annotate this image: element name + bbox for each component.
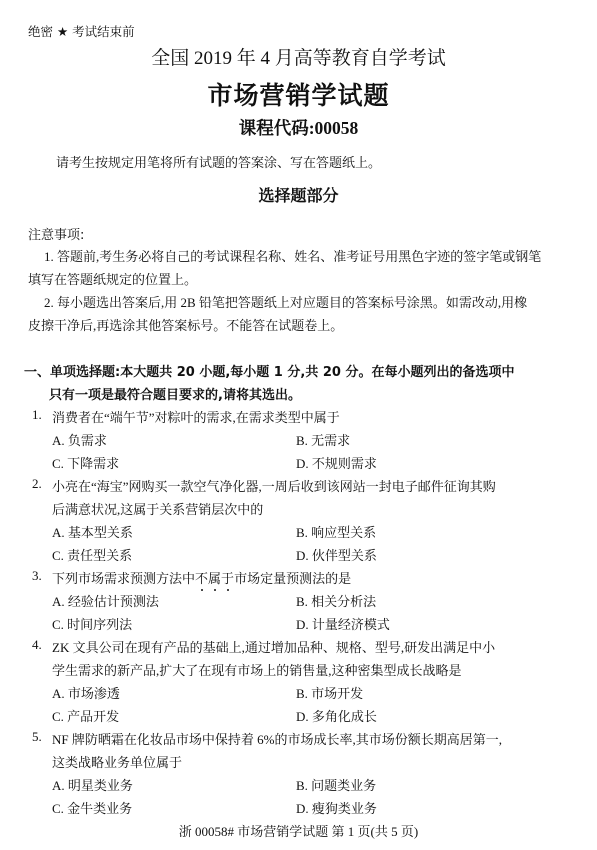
option-c[interactable]: C. 责任型关系 bbox=[52, 545, 132, 564]
question-number: 3. bbox=[32, 568, 42, 584]
option-d[interactable]: D. 不规则需求 bbox=[296, 453, 377, 472]
option-c[interactable]: C. 金牛类业务 bbox=[52, 798, 132, 817]
option-a[interactable]: A. 市场渗透 bbox=[52, 683, 120, 702]
option-c[interactable]: C. 时间序列法 bbox=[52, 614, 132, 633]
option-b[interactable]: B. 相关分析法 bbox=[296, 591, 376, 610]
stem-post: 市场定量预测法的是 bbox=[234, 571, 351, 586]
emphasis-char: 不 bbox=[195, 571, 208, 586]
question-stem-cont: 这类战略业务单位属于 bbox=[52, 752, 182, 771]
course-code: 课程代码:00058 bbox=[0, 115, 597, 140]
option-c[interactable]: C. 产品开发 bbox=[52, 706, 119, 725]
part1-heading-line2: 只有一项是最符合题目要求的,请将其选出。 bbox=[49, 384, 301, 403]
question-stem-cont: 后满意状况,这属于关系营销层次中的 bbox=[52, 499, 263, 518]
notice-item-2-line1: 2. 每小题选出答案后,用 2B 铅笔把答题纸上对应题目的答案标号涂黑。如需改动… bbox=[44, 292, 527, 311]
notice-heading: 注意事项: bbox=[28, 224, 84, 243]
exam-title: 全国 2019 年 4 月高等教育自学考试 bbox=[0, 43, 597, 70]
option-d[interactable]: D. 计量经济模式 bbox=[296, 614, 390, 633]
option-b[interactable]: B. 无需求 bbox=[296, 430, 350, 449]
notice-item-2-line2: 皮擦干净后,再选涂其他答案标号。不能答在试题卷上。 bbox=[28, 315, 343, 334]
question-number: 2. bbox=[32, 476, 42, 492]
question-stem: NF 牌防晒霜在化妆品市场中保持着 6%的市场成长率,其市场份额长期高居第一, bbox=[52, 729, 502, 748]
question-stem: 下列市场需求预测方法中不属于市场定量预测法的是 bbox=[52, 568, 351, 587]
confidential-label: 绝密 ★ 考试结束前 bbox=[28, 22, 135, 40]
question-stem: 小亮在“海宝”网购买一款空气净化器,一周后收到该网站一封电子邮件征询其购 bbox=[52, 476, 496, 495]
option-a[interactable]: A. 基本型关系 bbox=[52, 522, 133, 541]
option-a[interactable]: A. 负需求 bbox=[52, 430, 107, 449]
stem-pre: 下列市场需求预测方法中 bbox=[52, 571, 195, 586]
question-stem-cont: 学生需求的新产品,扩大了在现有市场上的销售量,这种密集型成长战略是 bbox=[52, 660, 462, 679]
option-b[interactable]: B. 响应型关系 bbox=[296, 522, 376, 541]
option-c[interactable]: C. 下降需求 bbox=[52, 453, 119, 472]
subject-title: 市场营销学试题 bbox=[0, 76, 597, 112]
page-footer: 浙 00058# 市场营销学试题 第 1 页(共 5 页) bbox=[0, 821, 597, 840]
option-b[interactable]: B. 问题类业务 bbox=[296, 775, 376, 794]
option-d[interactable]: D. 伙伴型关系 bbox=[296, 545, 377, 564]
option-d[interactable]: D. 瘦狗类业务 bbox=[296, 798, 377, 817]
question-stem: ZK 文具公司在现有产品的基础上,通过增加品种、规格、型号,研发出满足中小 bbox=[52, 637, 495, 656]
question-stem: 消费者在“端午节”对粽叶的需求,在需求类型中属于 bbox=[52, 407, 340, 426]
section-title: 选择题部分 bbox=[0, 183, 597, 206]
question-number: 4. bbox=[32, 637, 42, 653]
emphasis-char: 属 bbox=[208, 571, 221, 586]
option-d[interactable]: D. 多角化成长 bbox=[296, 706, 377, 725]
option-a[interactable]: A. 明星类业务 bbox=[52, 775, 133, 794]
notice-item-1-line2: 填写在答题纸规定的位置上。 bbox=[28, 269, 197, 288]
option-b[interactable]: B. 市场开发 bbox=[296, 683, 363, 702]
question-number: 1. bbox=[32, 407, 42, 423]
emphasis-char: 于 bbox=[221, 571, 234, 586]
notice-item-1-line1: 1. 答题前,考生务必将自己的考试课程名称、姓名、准考证号用黑色字迹的签字笔或钢… bbox=[44, 246, 541, 265]
answer-instruction: 请考生按规定用笔将所有试题的答案涂、写在答题纸上。 bbox=[56, 152, 381, 171]
part1-heading-line1: 一、单项选择题:本大题共 20 小题,每小题 1 分,共 20 分。在每小题列出… bbox=[24, 361, 514, 380]
option-a[interactable]: A. 经验估计预测法 bbox=[52, 591, 159, 610]
question-number: 5. bbox=[32, 729, 42, 745]
